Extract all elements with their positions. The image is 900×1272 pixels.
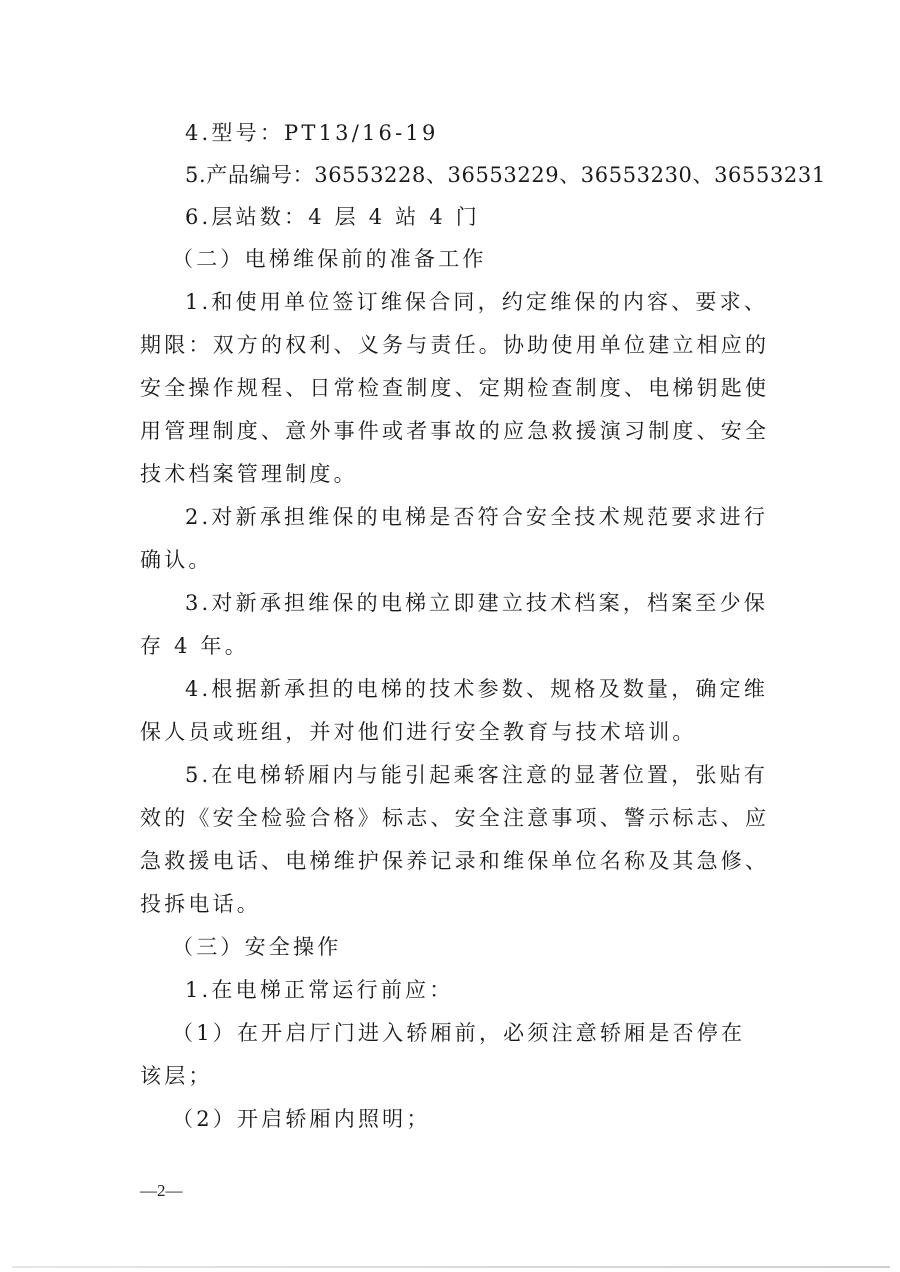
- paragraph-line: 该层；: [140, 1061, 213, 1091]
- document-page: 4.型号：PT13/16-19 5.产品编号：36553228、36553229…: [0, 0, 900, 1272]
- paragraph-line: 5.在电梯轿厢内与能引起乘客注意的显著位置，张贴有: [185, 760, 768, 790]
- paragraph-line: 保人员或班组，并对他们进行安全教育与技术培训。: [140, 717, 697, 747]
- paragraph-line: 1.在电梯正常运行前应：: [185, 975, 453, 1005]
- paragraph-line: 急救援电话、电梯维护保养记录和维保单位名称及其急修、: [140, 846, 769, 876]
- page-bottom-edge: [12, 1266, 890, 1268]
- spec-product-numbers: 5.产品编号：36553228、36553229、36553230、365532…: [185, 160, 826, 190]
- paragraph-line: 存 4 年。: [140, 631, 249, 661]
- paragraph-line: 4.根据新承担的电梯的技术参数、规格及数量，确定维: [185, 674, 768, 704]
- section-heading-safety-operation: （三）安全操作: [172, 932, 341, 962]
- paragraph-line: 投拆电话。: [140, 889, 261, 919]
- page-number: —2—: [140, 1181, 183, 1201]
- paragraph-line: 安全操作规程、日常检查制度、定期检查制度、电梯钥匙使: [140, 373, 769, 403]
- paragraph-line: 确认。: [140, 545, 213, 575]
- section-heading-preparation: （二）电梯维保前的准备工作: [172, 244, 487, 274]
- paragraph-line: 技术档案管理制度。: [140, 459, 358, 489]
- spec-floors-stations: 6.层站数：4 层 4 站 4 门: [185, 202, 480, 232]
- paragraph-line: （2）开启轿厢内照明；: [172, 1104, 431, 1134]
- paragraph-line: 2.对新承担维保的电梯是否符合安全技术规范要求进行: [185, 502, 768, 532]
- paragraph-line: 期限：双方的权利、义务与责任。协助使用单位建立相应的: [140, 330, 769, 360]
- paragraph-line: 效的《安全检验合格》标志、安全注意事项、警示标志、应: [140, 803, 769, 833]
- paragraph-line: 用管理制度、意外事件或者事故的应急救援演习制度、安全: [140, 416, 769, 446]
- spec-model: 4.型号：PT13/16-19: [185, 118, 439, 148]
- paragraph-line: （1）在开启厅门进入轿厢前，必须注意轿厢是否停在: [172, 1018, 745, 1048]
- paragraph-line: 3.对新承担维保的电梯立即建立技术档案，档案至少保: [185, 588, 768, 618]
- paragraph-line: 1.和使用单位签订维保合同，约定维保的内容、要求、: [185, 287, 768, 317]
